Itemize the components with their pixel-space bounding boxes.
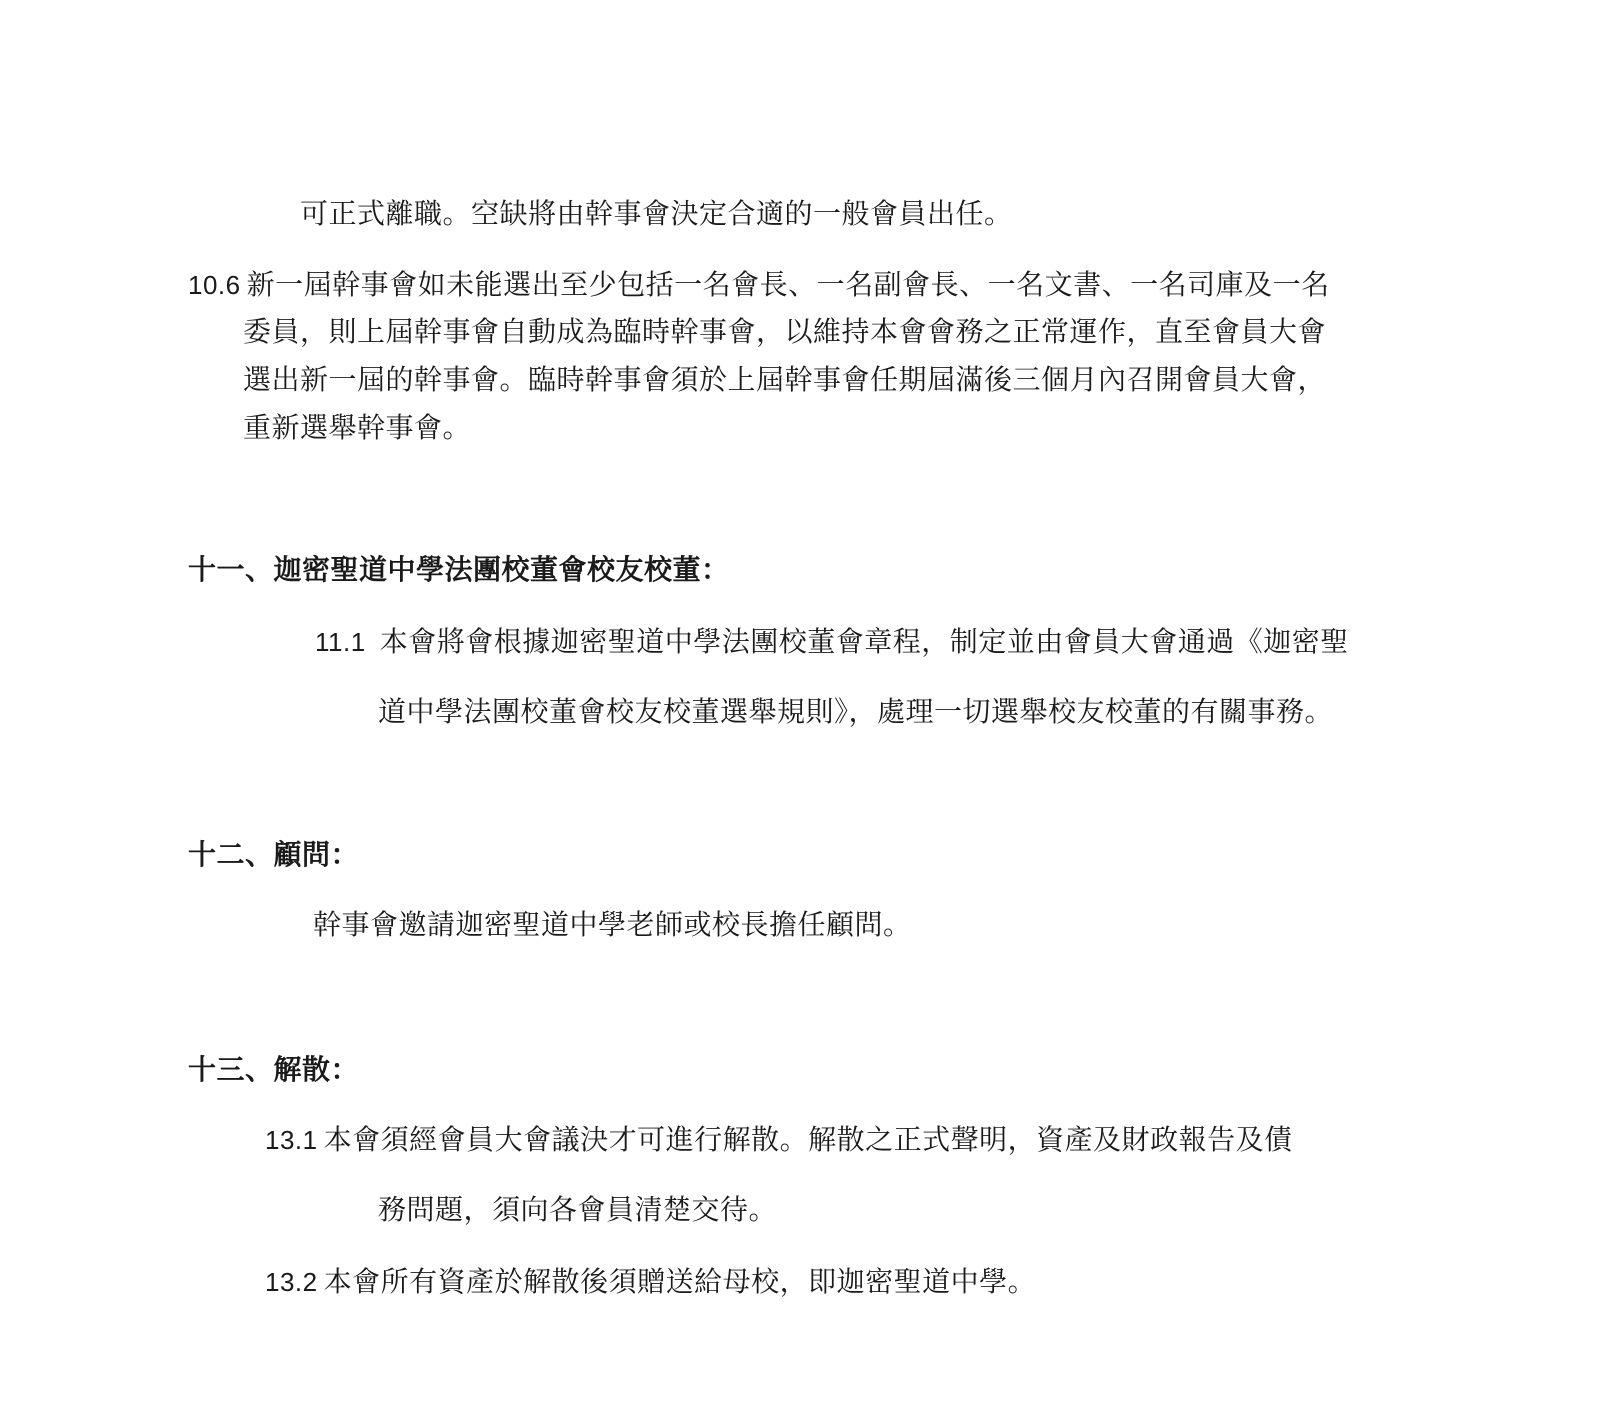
clause-text: 本會將會根據迦密聖道中學法團校董會章程，制定並由會員大會通過《迦密聖 <box>380 625 1349 658</box>
clause-10-6-line-1: 10.6新一屆幹事會如未能選出至少包括一名會長、一名副會長、一名文書、一名司庫及… <box>188 265 1330 305</box>
clause-13-1-line-2: 務問題，須向各會員清楚交待。 <box>378 1190 777 1230</box>
clause-11-1-line-1: 11.1本會將會根據迦密聖道中學法團校董會章程，制定並由會員大會通過《迦密聖 <box>315 622 1349 662</box>
section-12-heading: 十二、顧問： <box>188 835 359 875</box>
clause-number: 13.1 <box>265 1125 318 1155</box>
clause-number: 11.1 <box>315 627 366 657</box>
clause-13-2: 13.2本會所有資產於解散後須贈送給母校，即迦密聖道中學。 <box>265 1262 1036 1302</box>
clause-number: 13.2 <box>265 1267 318 1297</box>
section-11-heading: 十一、迦密聖道中學法團校董會校友校董： <box>188 550 730 590</box>
clause-text: 新一屆幹事會如未能選出至少包括一名會長、一名副會長、一名文書、一名司庫及一名 <box>247 268 1330 301</box>
clause-number: 10.6 <box>188 270 241 300</box>
clause-10-6-line-4: 重新選舉幹事會。 <box>243 408 471 448</box>
clause-10-6-line-3: 選出新一屆的幹事會。臨時幹事會須於上屆幹事會任期屆滿後三個月內召開會員大會， <box>243 360 1326 400</box>
clause-13-1-line-1: 13.1本會須經會員大會議決才可進行解散。解散之正式聲明，資產及財政報告及債 <box>265 1120 1293 1160</box>
clause-11-1-line-2: 道中學法團校董會校友校董選舉規則》，處理一切選舉校友校董的有關事務。 <box>378 692 1333 732</box>
section-13-heading: 十三、解散： <box>188 1050 359 1090</box>
clause-10-5-continuation: 可正式離職。空缺將由幹事會決定合適的一般會員出任。 <box>300 194 1013 234</box>
section-12-body: 幹事會邀請迦密聖道中學老師或校長擔任顧問。 <box>313 905 912 945</box>
clause-text: 本會須經會員大會議決才可進行解散。解散之正式聲明，資產及財政報告及債 <box>324 1123 1293 1156</box>
clause-text: 本會所有資產於解散後須贈送給母校，即迦密聖道中學。 <box>324 1265 1037 1298</box>
clause-10-6-line-2: 委員，則上屆幹事會自動成為臨時幹事會，以維持本會會務之正常運作，直至會員大會 <box>243 312 1326 352</box>
